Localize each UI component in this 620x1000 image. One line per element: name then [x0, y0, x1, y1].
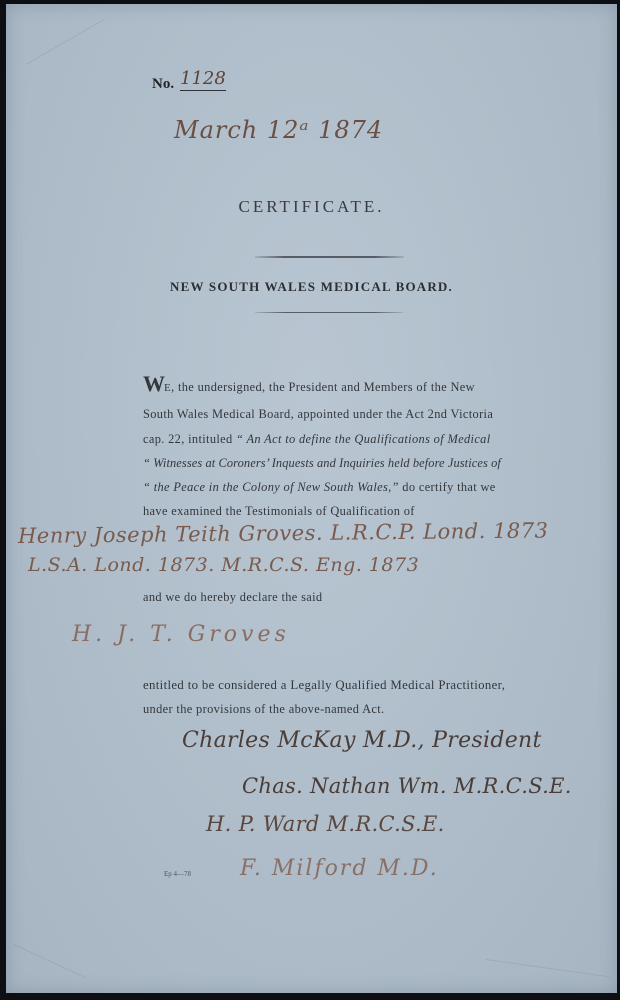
issuing-board: NEW SOUTH WALES MEDICAL BOARD.	[6, 279, 617, 295]
document-title: CERTIFICATE.	[6, 197, 617, 217]
body-line-7: and we do hereby declare the said	[143, 590, 322, 605]
body-line-9: under the provisions of the above-named …	[143, 702, 384, 717]
body-line-8: entitled to be considered a Legally Qual…	[143, 678, 505, 693]
signature-member-3: F. Milford M.D.	[240, 856, 439, 881]
signature-member-1: Chas. Nathan Wm. M.R.C.S.E.	[242, 774, 572, 798]
body-line-2: South Wales Medical Board, appointed und…	[143, 407, 493, 422]
paper-crease	[486, 959, 610, 977]
body-line-5: “ the Peace in the Colony of New South W…	[143, 480, 496, 495]
title-rule-top	[255, 256, 404, 258]
body-line-6: have examined the Testimonials of Qualif…	[143, 504, 415, 519]
handwritten-qualification-line-2: L.S.A. Lond. 1873. M.R.C.S. Eng. 1873	[28, 554, 419, 576]
title-rule-bottom	[255, 312, 403, 313]
certificate-number-value: 1128	[180, 68, 226, 91]
paper-crease	[14, 944, 87, 979]
signature-member-2: H. P. Ward M.R.C.S.E.	[206, 812, 445, 836]
paper-crease	[26, 19, 104, 65]
body-line-1: WE, the undersigned, the President and M…	[143, 371, 475, 397]
certificate-number-label: No.	[152, 76, 174, 93]
handwritten-qualification-line-1: Henry Joseph Teith Groves. L.R.C.P. Lond…	[18, 518, 549, 548]
handwritten-date: March 12ᵃ 1874	[174, 116, 383, 144]
body-line-4: “ Witnesses at Coroners’ Inquests and In…	[143, 456, 501, 471]
drop-cap: W	[143, 371, 164, 396]
certificate-paper: No. 1128 March 12ᵃ 1874 CERTIFICATE. NEW…	[6, 4, 617, 993]
printer-code: Ep 4—78	[164, 870, 191, 878]
body-line-3: cap. 22, intituled “ An Act to define th…	[143, 432, 491, 447]
handwritten-declared-name: H. J. T. Groves	[72, 622, 290, 647]
signature-president: Charles McKay M.D., President	[182, 728, 542, 753]
